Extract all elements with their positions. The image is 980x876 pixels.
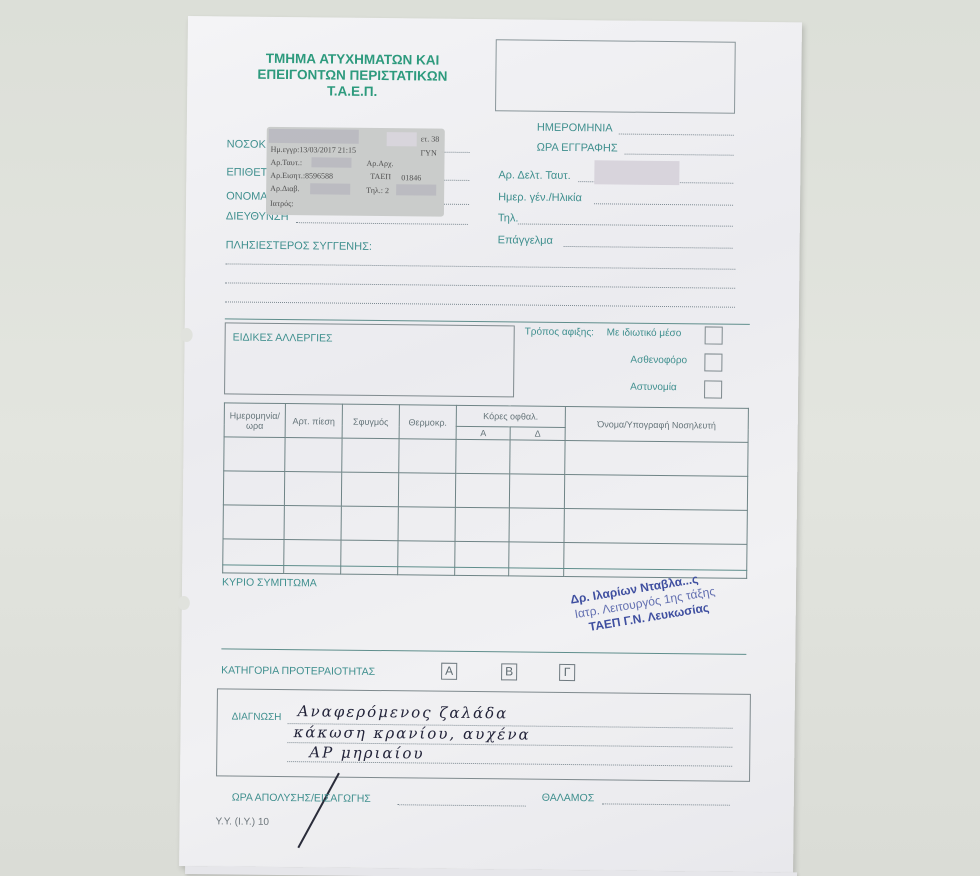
col-blood-pressure: Αρτ. πίεση (285, 404, 342, 439)
emergency-form-page: ΤΜΗΜΑ ΑΤΥΧΗΜΑΤΩΝ ΚΑΙ ΕΠΕΙΓΟΝΤΩΝ ΠΕΡΙΣΤΑΤ… (179, 16, 802, 872)
col-pulse: Σφυγμός (342, 404, 399, 439)
cell[interactable] (509, 508, 564, 543)
arrival-option-ambulance: Ασθενοφόρο (630, 355, 687, 367)
occupation-field[interactable] (564, 246, 733, 249)
torn-hole-2 (178, 596, 190, 610)
discharge-time-field[interactable] (398, 804, 526, 806)
title-line-3: Τ.Α.Ε.Π. (227, 82, 477, 101)
arrival-ambulance-checkbox[interactable] (704, 353, 722, 371)
surname-field[interactable] (444, 180, 469, 181)
cell[interactable] (284, 472, 341, 507)
priority-option-c[interactable]: Γ (559, 664, 575, 681)
next-of-kin-line-1[interactable] (225, 263, 735, 269)
diagnosis-box[interactable]: ΔΙΑΓΝΩΣΗ Αναφερόμενος ζαλάδα κάκωση κραν… (216, 688, 751, 782)
sticker-age: ετ. 38 (421, 134, 440, 143)
redacted-ref (310, 183, 350, 194)
allergies-box[interactable]: ΕΙΔΙΚΕΣ ΑΛΛΕΡΓΙΕΣ (224, 322, 515, 397)
pen-stroke (297, 773, 339, 849)
sticker-dept-number: 01846 (401, 173, 421, 182)
pupil-right-header: Δ (510, 427, 564, 441)
cell[interactable] (398, 473, 455, 508)
table-row (223, 539, 747, 578)
sticker-reg-date: Ημ.εγγρ:13/03/2017 21:15 (271, 145, 356, 155)
dob-age-label: Ημερ. γέν./Ηλικία (498, 191, 582, 204)
priority-option-b[interactable]: Β (501, 663, 517, 680)
cell[interactable] (342, 438, 399, 473)
surname-label: ΕΠΙΘΕΤ (226, 166, 267, 178)
redacted-id (594, 160, 679, 185)
redacted-phone (396, 184, 436, 195)
phone-label: Τηλ. (498, 212, 519, 224)
cell[interactable] (224, 437, 285, 472)
next-of-kin-line-2[interactable] (225, 282, 735, 288)
sticker-admission: Αρ.Εισητ.:8596588 (270, 171, 333, 181)
divider-3 (221, 648, 746, 654)
arrival-option-police: Αστυνομία (630, 382, 677, 393)
hospital-field[interactable] (442, 152, 470, 153)
cell[interactable] (456, 439, 511, 474)
arrival-police-checkbox[interactable] (704, 380, 722, 398)
next-of-kin-line-3[interactable] (225, 301, 735, 307)
col-datetime: Ημερομηνία/ωρα (224, 403, 285, 438)
address-field[interactable] (296, 222, 468, 225)
ward-field[interactable] (602, 803, 730, 805)
registration-time-field[interactable] (625, 154, 734, 156)
sticker-gender: ΓΥΝ (421, 148, 437, 157)
title-line-2: ΕΠΕΙΓΟΝΤΩΝ ΠΕΡΙΣΤΑΤΙΚΩΝ (227, 66, 477, 85)
cell[interactable] (223, 539, 284, 574)
main-symptom-label: ΚΥΡΙΟ ΣΥΜΠΤΩΜΑ (222, 576, 317, 589)
sticker-phone: Τηλ.: 2 (366, 186, 389, 195)
patient-sticker: ετ. 38 Ημ.εγγρ:13/03/2017 21:15 ΓΥΝ Αρ.Τ… (266, 127, 445, 217)
cell[interactable] (284, 540, 341, 575)
vitals-table: Ημερομηνία/ωρα Αρτ. πίεση Σφυγμός Θερμοκ… (222, 402, 749, 578)
cell[interactable] (564, 474, 748, 510)
cell[interactable] (284, 506, 341, 541)
cell[interactable] (455, 473, 510, 508)
id-number-label: Αρ. Δελτ. Ταυτ. (498, 169, 571, 182)
diagnosis-text-line-1: Αναφερόμενος ζαλάδα (298, 702, 509, 722)
hospital-label: ΝΟΣΟΚ (227, 138, 266, 150)
arrival-private-checkbox[interactable] (705, 326, 723, 344)
arrival-option-private: Με ιδιωτικό μέσο (607, 327, 682, 339)
form-title: ΤΜΗΜΑ ΑΤΥΧΗΜΑΤΩΝ ΚΑΙ ΕΠΕΙΓΟΝΤΩΝ ΠΕΡΙΣΤΑΤ… (227, 50, 477, 101)
allergies-label: ΕΙΔΙΚΕΣ ΑΛΛΕΡΓΙΕΣ (233, 331, 333, 344)
cell[interactable] (285, 438, 342, 473)
pupil-left-header: Α (456, 426, 510, 440)
table-row (223, 505, 747, 544)
diagnosis-text-line-2: κάκωση κρανίου, αυχένα (293, 723, 530, 743)
cell[interactable] (510, 440, 565, 475)
redacted-name (269, 129, 359, 144)
sticker-ref-label: Αρ.Διαβ. (270, 184, 299, 193)
cell[interactable] (510, 474, 565, 509)
sticker-dept: ΤΑΕΠ (370, 172, 391, 181)
col-nurse-signature: Όνομα/Υπογραφή Νοσηλευτή (565, 406, 749, 442)
cell[interactable] (398, 541, 455, 576)
dob-age-field[interactable] (594, 203, 733, 205)
diagnosis-text-line-3: ΑΡ μηριαίου (309, 743, 424, 762)
cell[interactable] (455, 507, 510, 542)
discharge-time-label: ΩΡΑ ΑΠΟΛΥΣΗΣ/ΕΙΣΑΓΩΓΗΣ (232, 792, 371, 805)
cell[interactable] (399, 439, 456, 474)
torn-hole-1 (181, 328, 193, 342)
cell[interactable] (341, 540, 398, 575)
table-row (224, 437, 748, 476)
cell[interactable] (223, 471, 284, 506)
cell[interactable] (341, 506, 398, 541)
priority-label: ΚΑΤΗΓΟΡΙΑ ΠΡΟΤΕΡΑΙΟΤΗΤΑΣ (221, 664, 375, 678)
date-label: ΗΜΕΡΟΜΗΝΙΑ (537, 122, 613, 135)
cell[interactable] (509, 542, 564, 577)
cell[interactable] (564, 508, 748, 544)
sticker-reg-label: Αρ.Αρχ. (366, 159, 393, 168)
cell[interactable] (563, 542, 747, 578)
form-code: Υ.Υ. (Ι.Υ.) 10 (216, 816, 270, 828)
ward-label: ΘΑΛΑΜΟΣ (542, 792, 595, 805)
redacted-blur (387, 132, 417, 146)
table-row (223, 471, 747, 510)
name-label: ΟΝΟΜΑ (226, 190, 268, 202)
date-field[interactable] (619, 134, 734, 136)
occupation-label: Επάγγελμα (498, 234, 553, 247)
diagnosis-label: ΔΙΑΓΝΩΣΗ (232, 711, 282, 723)
name-field[interactable] (444, 204, 469, 205)
sticker-id-label: Αρ.Ταυτ.: (270, 158, 302, 167)
cell[interactable] (341, 472, 398, 507)
cell[interactable] (455, 541, 510, 576)
cell[interactable] (564, 440, 748, 476)
registration-time-label: ΩΡΑ ΕΓΓΡΑΦΗΣ (537, 142, 618, 155)
cell[interactable] (398, 507, 455, 542)
diagnosis-line-3 (287, 761, 732, 767)
next-of-kin-label: ΠΛΗΣΙΕΣΤΕΡΟΣ ΣΥΓΓΕΝΗΣ: (226, 239, 372, 253)
priority-option-a[interactable]: Α (441, 663, 457, 680)
col-temperature: Θερμοκρ. (399, 405, 456, 440)
arrival-label: Τρόπος αφιξης: (525, 327, 594, 339)
col-pupils: Κόρες οφθαλ. (456, 405, 565, 427)
cell[interactable] (223, 505, 284, 540)
barcode-box (495, 39, 736, 114)
phone-field[interactable] (518, 223, 733, 226)
sticker-doctor: Ιατρός: (270, 199, 294, 208)
redacted-id-number (311, 157, 351, 167)
